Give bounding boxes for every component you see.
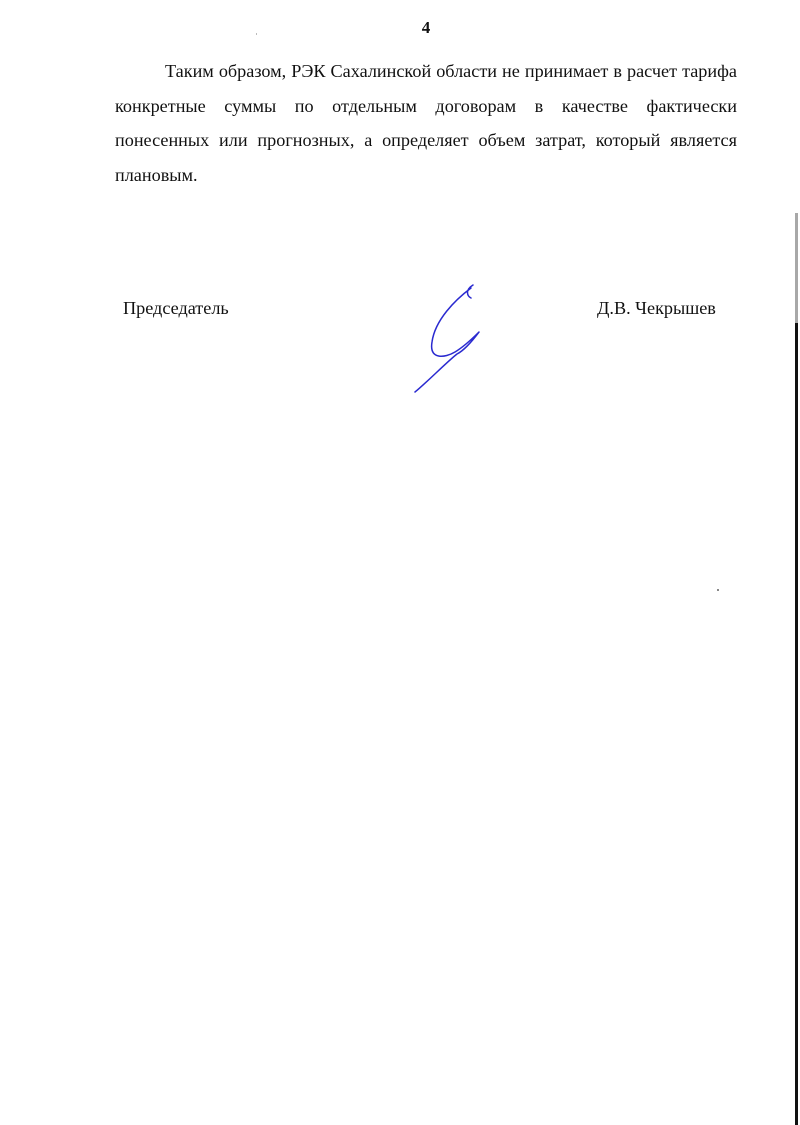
- signature-icon: [405, 280, 495, 395]
- body-paragraph: Таким образом, РЭК Сахалинской области н…: [115, 54, 737, 192]
- scan-speck: [256, 33, 257, 35]
- page-number: 4: [0, 18, 800, 38]
- signatory-name: Д.В. Чекрышев: [597, 298, 716, 319]
- scan-speck: [717, 589, 719, 591]
- signatory-title: Председатель: [123, 298, 229, 319]
- scan-edge-line: [795, 213, 798, 1125]
